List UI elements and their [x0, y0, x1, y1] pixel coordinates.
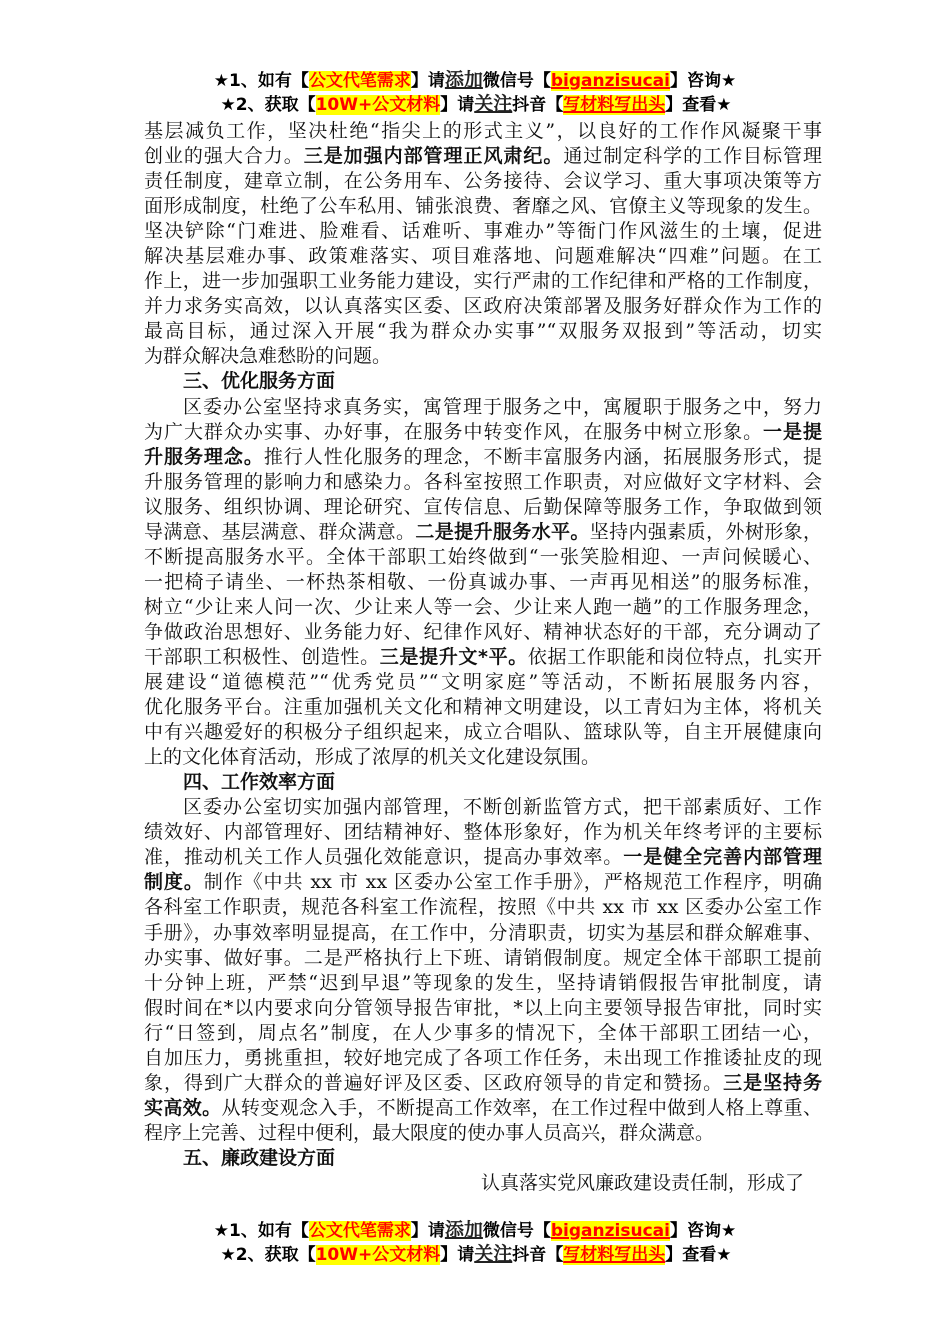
promo-line-2: ★2、获取【10W+公文材料】请关注抖音【写材料写出头】查看★ — [0, 1242, 950, 1266]
highlight-ghostwriting: 公文代笔需求 — [309, 1221, 411, 1241]
document-line: 坚决铲除“门难进、脸难看、话难听、事难办”等衙门作风滋生的土壤，促进 — [144, 219, 822, 244]
document-line: 最高目标，通过深入开展“我为群众办实事”“双服务双报到”等活动，切实 — [144, 319, 822, 344]
emphasis-follow: 关注 — [474, 92, 512, 116]
document-line: 办实事、做好事。二是严格执行上下班、请销假制度。规定全体干部职工提前 — [144, 946, 822, 971]
promo-text: 抖音【 — [512, 1243, 563, 1267]
section-heading-integrity: 五、廉政建设方面 — [144, 1146, 822, 1171]
promo-text: 】请 — [411, 1219, 445, 1243]
promo-banner-top: ★1、如有【公文代笔需求】请添加微信号【biganzisucai】咨询★ ★2、… — [0, 68, 950, 116]
document-line: 解决基层难办事、政策难落实、项目难落地、问题难解决“四难”问题。在工 — [144, 244, 822, 269]
document-line: 作上，进一步加强职工业务能力建设，实行严肃的工作纪律和严格的工作制度， — [144, 269, 822, 294]
document-line: 程序上完善、过程中便利，最大限度的使办事人员高兴，群众满意。 — [144, 1121, 822, 1146]
key-point-bold: 二是提升服务水平。 — [415, 521, 589, 543]
document-line: 并力求务实高效，以认真落实区委、区政府决策部署及服务好群众作为工作的 — [144, 294, 822, 319]
line-text: 坚持内强素质，外树形象， — [590, 521, 822, 543]
promo-text: ★1、如有【 — [214, 69, 309, 93]
highlight-materials: 10W+公文材料 — [316, 1245, 441, 1265]
document-line: 展建设“道德模范”“优秀党员”“文明家庭”等活动，不断拓展服务内容， — [144, 670, 822, 695]
key-point-bold: 一是提 — [763, 421, 822, 443]
document-line: 自加压力，勇挑重担，较好地完成了各项工作任务，未出现工作推诿扯皮的现 — [144, 1046, 822, 1071]
document-line: 为广大群众办实事、办好事，在服务中转变作风，在服务中树立形象。一是提 — [144, 420, 822, 445]
document-line: 创业的强大合力。三是加强内部管理正风肃纪。通过制定科学的工作目标管理 — [144, 144, 822, 169]
promo-text: 微信号【 — [483, 69, 551, 93]
key-point-bold: 一是健全完善内部管理 — [623, 846, 822, 868]
highlight-materials: 10W+公文材料 — [316, 95, 441, 115]
line-text: 象，得到广大群众的普遍好评及区委、区政府领导的肯定和赞扬。 — [144, 1072, 723, 1094]
document-line: 议服务、组织协调、理论研究、宣传信息、后勤保障等服务工作，争取做到领 — [144, 495, 822, 520]
document-body: 基层减负工作，坚决杜绝“指尖上的形式主义”，以良好的工作作风凝聚干事 创业的强大… — [144, 119, 822, 1196]
document-line: 优化服务平台。注重加强机关文化和精神文明建设，以工青妇为主体，将机关 — [144, 695, 822, 720]
document-line: 不断提高服务水平。全体干部职工始终做到“一张笑脸相迎、一声问候暖心、 — [144, 545, 822, 570]
promo-line-1: ★1、如有【公文代笔需求】请添加微信号【biganzisucai】咨询★ — [0, 1218, 950, 1242]
promo-text: 】请 — [440, 93, 474, 117]
document-line: 上的文化体育活动，形成了浓厚的机关文化建设氛围。 — [144, 745, 822, 770]
emphasis-add: 添加 — [445, 68, 483, 92]
document-line: 假时间在*以内要求向分管领导报告审批，*以上向主要领导报告审批，同时实 — [144, 996, 822, 1021]
document-line: 干部职工积极性、创造性。三是提升文*平。依据工作职能和岗位特点，扎实开 — [144, 645, 822, 670]
key-point-bold: 三是提升文*平。 — [380, 646, 528, 668]
document-line: 制度。制作《中共 xx 市 xx 区委办公室工作手册》，严格规范工作程序，明确 — [144, 870, 822, 895]
document-line: 中有兴趣爱好的积极分子组织起来，成立合唱队、篮球队等，自主开展健康向 — [144, 720, 822, 745]
document-line: 争做政治思想好、业务能力好、纪律作风好、精神状态好的干部，充分调动了 — [144, 620, 822, 645]
line-text: 导满意、基层满意、群众满意。 — [144, 521, 415, 543]
document-line: 十分钟上班，严禁“迟到早退”等现象的发生，坚持请销假报告审批制度，请 — [144, 971, 822, 996]
promo-text: 】咨询★ — [670, 69, 736, 93]
key-point-bold: 制度。 — [144, 871, 204, 893]
key-point-bold: 三是加强内部管理正风肃纪。 — [304, 145, 564, 167]
section-heading-service: 三、优化服务方面 — [144, 369, 822, 394]
document-line: 绩效好、内部管理好、团结精神好、整体形象好，作为机关年终考评的主要标 — [144, 820, 822, 845]
document-line: 面形成制度，杜绝了公车私用、铺张浪费、奢靡之风、官僚主义等现象的发生。 — [144, 194, 822, 219]
line-text: 从转变观念入手，不断提高工作效率，在工作过程中做到人格上尊重、 — [222, 1097, 822, 1119]
document-line: 区委办公室坚持求真务实，寓管理于服务之中，寓履职于服务之中，努力 — [144, 395, 822, 420]
document-line: 责任制度，建章立制，在公务用车、公务接待、会议学习、重大事项决策等方 — [144, 169, 822, 194]
line-text: 为广大群众办实事、办好事，在服务中转变作风，在服务中树立形象。 — [144, 421, 763, 443]
line-text: 制作《中共 xx 市 xx 区委办公室工作手册》，严格规范工作程序，明确 — [204, 871, 822, 893]
line-text: 推行人性化服务的理念，不断丰富服务内涵，拓展服务形式，提 — [264, 446, 822, 468]
document-line: 认真落实党风廉政建设责任制，形成了 — [144, 1171, 822, 1196]
document-line: 行“日签到，周点名”制度，在人少事多的情况下，全体干部职工团结一心， — [144, 1021, 822, 1046]
highlight-douyin-account: 写材料写出头 — [563, 1245, 665, 1265]
promo-text: ★1、如有【 — [214, 1219, 309, 1243]
highlight-wechat-id: biganzisucai — [551, 1221, 670, 1241]
document-line: 手册》，办事效率明显提高，在工作中，分清职责，切实为基层和群众解难事、 — [144, 921, 822, 946]
promo-banner-bottom: ★1、如有【公文代笔需求】请添加微信号【biganzisucai】咨询★ ★2、… — [0, 1218, 950, 1266]
promo-text: 微信号【 — [483, 1219, 551, 1243]
promo-text: ★2、获取【 — [221, 93, 316, 117]
promo-text: ★2、获取【 — [221, 1243, 316, 1267]
section-heading-efficiency: 四、工作效率方面 — [144, 770, 822, 795]
document-line: 各科室工作职责，规范各科室工作流程，按照《中共 xx 市 xx 区委办公室工作 — [144, 895, 822, 920]
document-line: 为群众解决急难愁盼的问题。 — [144, 344, 822, 369]
line-text: 通过制定科学的工作目标管理 — [563, 145, 822, 167]
promo-text: 】咨询★ — [670, 1219, 736, 1243]
key-point-bold: 实高效。 — [144, 1097, 222, 1119]
key-point-bold: 升服务理念。 — [144, 446, 264, 468]
line-text: 干部职工积极性、创造性。 — [144, 646, 380, 668]
document-line: 树立“少让来人问一次、少让来人等一会、少让来人跑一趟”的工作服务理念， — [144, 595, 822, 620]
line-text: 创业的强大合力。 — [144, 145, 304, 167]
document-line: 升服务管理的影响力和感染力。各科室按照工作职责，对应做好文字材料、会 — [144, 470, 822, 495]
highlight-douyin-account: 写材料写出头 — [563, 95, 665, 115]
document-page: ★1、如有【公文代笔需求】请添加微信号【biganzisucai】咨询★ ★2、… — [0, 0, 950, 1344]
promo-text: 】请 — [440, 1243, 474, 1267]
document-line: 区委办公室切实加强内部管理，不断创新监管方式，把干部素质好、工作 — [144, 795, 822, 820]
document-line: 导满意、基层满意、群众满意。二是提升服务水平。坚持内强素质，外树形象， — [144, 520, 822, 545]
document-line: 一把椅子请坐、一杯热茶相敬、一份真诚办事、一声再见相送”的服务标准， — [144, 570, 822, 595]
document-line: 基层减负工作，坚决杜绝“指尖上的形式主义”，以良好的工作作风凝聚干事 — [144, 119, 822, 144]
emphasis-follow: 关注 — [474, 1242, 512, 1266]
promo-text: 】查看★ — [665, 1243, 731, 1267]
line-text: 依据工作职能和岗位特点，扎实开 — [528, 646, 822, 668]
promo-line-2: ★2、获取【10W+公文材料】请关注抖音【写材料写出头】查看★ — [0, 92, 950, 116]
promo-line-1: ★1、如有【公文代笔需求】请添加微信号【biganzisucai】咨询★ — [0, 68, 950, 92]
document-line: 升服务理念。推行人性化服务的理念，不断丰富服务内涵，拓展服务形式，提 — [144, 445, 822, 470]
promo-text: 】查看★ — [665, 93, 731, 117]
highlight-wechat-id: biganzisucai — [551, 71, 670, 91]
line-text: 准，推动机关工作人员强化效能意识，提高办事效率。 — [144, 846, 623, 868]
document-line: 实高效。从转变观念入手，不断提高工作效率，在工作过程中做到人格上尊重、 — [144, 1096, 822, 1121]
highlight-ghostwriting: 公文代笔需求 — [309, 71, 411, 91]
document-line: 准，推动机关工作人员强化效能意识，提高办事效率。一是健全完善内部管理 — [144, 845, 822, 870]
emphasis-add: 添加 — [445, 1218, 483, 1242]
key-point-bold: 三是坚持务 — [723, 1072, 822, 1094]
document-line: 象，得到广大群众的普遍好评及区委、区政府领导的肯定和赞扬。三是坚持务 — [144, 1071, 822, 1096]
promo-text: 】请 — [411, 69, 445, 93]
promo-text: 抖音【 — [512, 93, 563, 117]
